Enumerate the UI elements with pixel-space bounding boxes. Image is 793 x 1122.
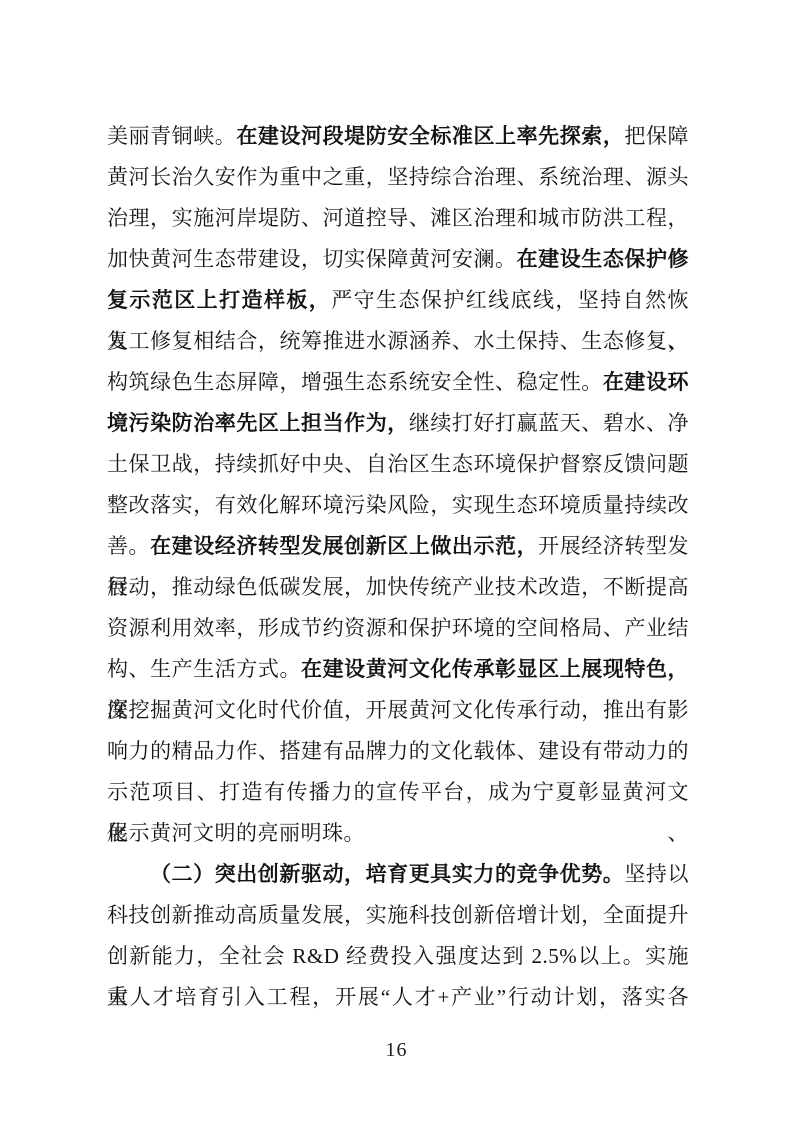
page-number: 16 [386, 1039, 408, 1061]
body-text: 善。 [107, 534, 150, 558]
text-line: 大人才培育引入工程，开展“人才+产业”行动计划，落实各 [107, 977, 689, 1018]
text-line: 行动，推动绿色低碳发展，加快传统产业技术改造，不断提高 [107, 567, 689, 608]
text-line: 黄河长治久安作为重中之重，坚持综合治理、系统治理、源头 [107, 157, 689, 198]
paragraph-2: （二）突出创新驱动，培育更具实力的竞争优势。坚持以科技创新推动高质量发展，实施科… [107, 854, 689, 1018]
body-text: 构、生产生活方式。 [107, 657, 301, 681]
body-text: 美丽青铜峡。 [107, 124, 236, 148]
text-line: 加快黄河生态带建设，切实保障黄河安澜。在建设生态保护修 [107, 239, 689, 280]
text-line: 示范项目、打造有传播力的宣传平台，成为宁夏彰显黄河文化、 [107, 772, 689, 813]
emphasis-text: 复示范区上打造样板， [107, 288, 331, 312]
body-text: 继续打好打赢蓝天、碧水、净 [409, 411, 689, 435]
document-page: 美丽青铜峡。在建设河段堤防安全标准区上率先探索，把保障黄河长治久安作为重中之重，… [0, 0, 793, 1122]
body-text: 人工修复相结合，统筹推进水源涵养、水土保持、生态修复， [107, 329, 689, 353]
text-line: 创新能力，全社会 R&D 经费投入强度达到 2.5%以上。实施重 [107, 936, 689, 977]
emphasis-text: 在建设生态保护修 [517, 247, 689, 271]
body-text: 科技创新推动高质量发展，实施科技创新倍增计划，全面提升 [107, 903, 689, 927]
text-line: 度挖掘黄河文化时代价值，开展黄河文化传承行动，推出有影 [107, 690, 689, 731]
body-text: 行动，推动绿色低碳发展，加快传统产业技术改造，不断提高 [107, 575, 689, 599]
text-line: （二）突出创新驱动，培育更具实力的竞争优势。坚持以 [107, 854, 689, 895]
text-block: 美丽青铜峡。在建设河段堤防安全标准区上率先探索，把保障黄河长治久安作为重中之重，… [107, 116, 689, 1018]
body-text: 土保卫战，持续抓好中央、自治区生态环境保护督察反馈问题 [107, 452, 689, 476]
emphasis-text: （二）突出创新驱动，培育更具实力的竞争优势。 [150, 862, 624, 886]
body-text: 坚持以 [624, 862, 689, 886]
body-text: 加快黄河生态带建设，切实保障黄河安澜。 [107, 247, 517, 271]
text-line: 整改落实，有效化解环境污染风险，实现生态环境质量持续改 [107, 485, 689, 526]
emphasis-text: 在建设经济转型发展创新区上做出示范， [150, 534, 538, 558]
text-line: 复示范区上打造样板，严守生态保护红线底线，坚持自然恢复、 [107, 280, 689, 321]
text-line: 构筑绿色生态屏障，增强生态系统安全性、稳定性。在建设环 [107, 362, 689, 403]
body-text: 度挖掘黄河文化时代价值，开展黄河文化传承行动，推出有影 [107, 698, 689, 722]
body-text: 构筑绿色生态屏障，增强生态系统安全性、稳定性。 [107, 370, 603, 394]
emphasis-text: 在建设环 [603, 370, 689, 394]
emphasis-text: 在建设黄河文化传承彰显区上展现特色， [301, 657, 689, 681]
emphasis-text: 在建设河段堤防安全标准区上率先探索， [236, 124, 624, 148]
page-footer: 16 [0, 1036, 793, 1064]
body-text: 响力的精品力作、搭建有品牌力的文化载体、建设有带动力的 [107, 739, 689, 763]
text-line: 科技创新推动高质量发展，实施科技创新倍增计划，全面提升 [107, 895, 689, 936]
body-text: 治理，实施河岸堤防、河道控导、滩区治理和城市防洪工程， [107, 206, 689, 230]
body-text: 展示黄河文明的亮丽明珠。 [107, 821, 365, 845]
text-line: 土保卫战，持续抓好中央、自治区生态环境保护督察反馈问题 [107, 444, 689, 485]
text-line: 响力的精品力作、搭建有品牌力的文化载体、建设有带动力的 [107, 731, 689, 772]
text-line: 境污染防治率先区上担当作为，继续打好打赢蓝天、碧水、净 [107, 403, 689, 444]
body-text: 资源利用效率，形成节约资源和保护环境的空间格局、产业结 [107, 616, 689, 640]
text-line: 善。在建设经济转型发展创新区上做出示范，开展经济转型发展 [107, 526, 689, 567]
text-line: 美丽青铜峡。在建设河段堤防安全标准区上率先探索，把保障 [107, 116, 689, 157]
text-line: 资源利用效率，形成节约资源和保护环境的空间格局、产业结 [107, 608, 689, 649]
emphasis-text: 境污染防治率先区上担当作为， [107, 411, 409, 435]
body-text: 黄河长治久安作为重中之重，坚持综合治理、系统治理、源头 [107, 165, 689, 189]
body-text: 大人才培育引入工程，开展“人才+产业”行动计划，落实各 [107, 985, 689, 1009]
paragraph-1: 美丽青铜峡。在建设河段堤防安全标准区上率先探索，把保障黄河长治久安作为重中之重，… [107, 116, 689, 854]
body-text: 整改落实，有效化解环境污染风险，实现生态环境质量持续改 [107, 493, 689, 517]
text-line: 治理，实施河岸堤防、河道控导、滩区治理和城市防洪工程， [107, 198, 689, 239]
text-line: 人工修复相结合，统筹推进水源涵养、水土保持、生态修复， [107, 321, 689, 362]
text-line: 构、生产生活方式。在建设黄河文化传承彰显区上展现特色，深 [107, 649, 689, 690]
body-text: 把保障 [624, 124, 689, 148]
